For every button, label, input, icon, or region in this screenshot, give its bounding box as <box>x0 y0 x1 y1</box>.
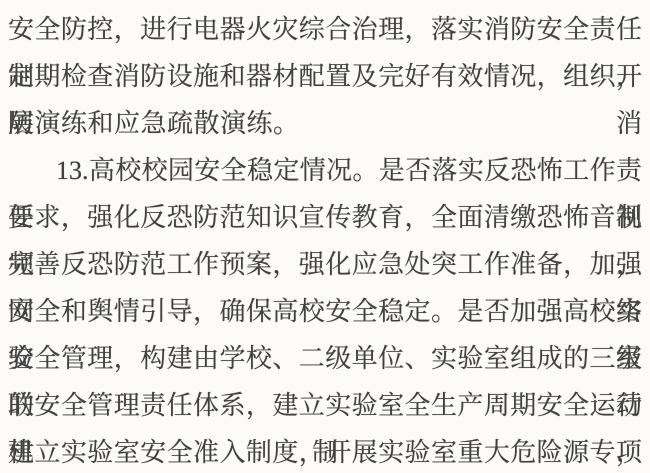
paragraph-item-13-campus-security: 13.高校校园安全稳定情况。是否落实反恐怖工作责任制 要求，强化反恐防范知识宣传… <box>8 147 642 473</box>
text-line: 的安全管理责任体系，建立实验室全生产周期安全运行机制， <box>8 382 642 429</box>
text-line: 建立实验室安全准入制度，开展实验室重大危险源专项定期 <box>8 429 642 473</box>
text-line: 要求，强化反恐防范知识宣传教育，全面清缴恐怖音视频， <box>8 194 642 241</box>
text-line: 安全管理，构建由学校、二级单位、实验室组成的三级联动 <box>8 335 642 382</box>
text-line: 13.高校校园安全稳定情况。是否落实反恐怖工作责任制 <box>8 147 642 194</box>
text-line: 完善反恐防范工作预案，强化应急处突工作准备，加强网络 <box>8 241 642 288</box>
document-page: 安全防控，进行电器火灾综合治理，落实消防安全责任制， 定期检查消防设施和器材配置… <box>0 0 650 473</box>
paragraph-fire-safety: 安全防控，进行电器火灾综合治理，落实消防安全责任制， 定期检查消防设施和器材配置… <box>8 6 642 147</box>
text-line: 安全和舆情引导，确保高校安全稳定。是否加强高校实验室 <box>8 288 642 335</box>
text-line: 安全防控，进行电器火灾综合治理，落实消防安全责任制， <box>8 6 642 53</box>
text-line: 定期检查消防设施和器材配置及完好有效情况，组织开展消 <box>8 53 642 100</box>
